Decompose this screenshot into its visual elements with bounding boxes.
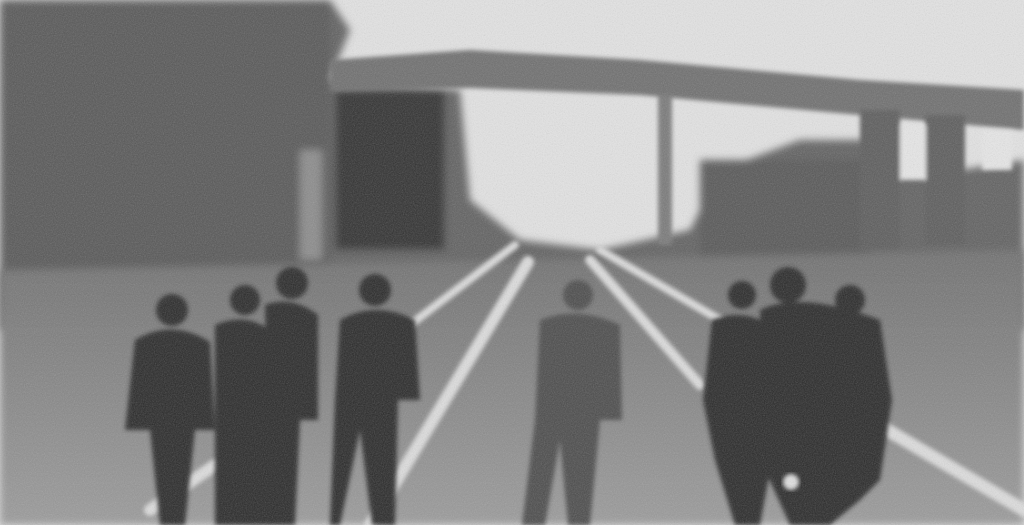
railroad-photo bbox=[0, 0, 1024, 525]
film-grain bbox=[0, 0, 1024, 525]
photo-scene bbox=[0, 0, 1024, 525]
